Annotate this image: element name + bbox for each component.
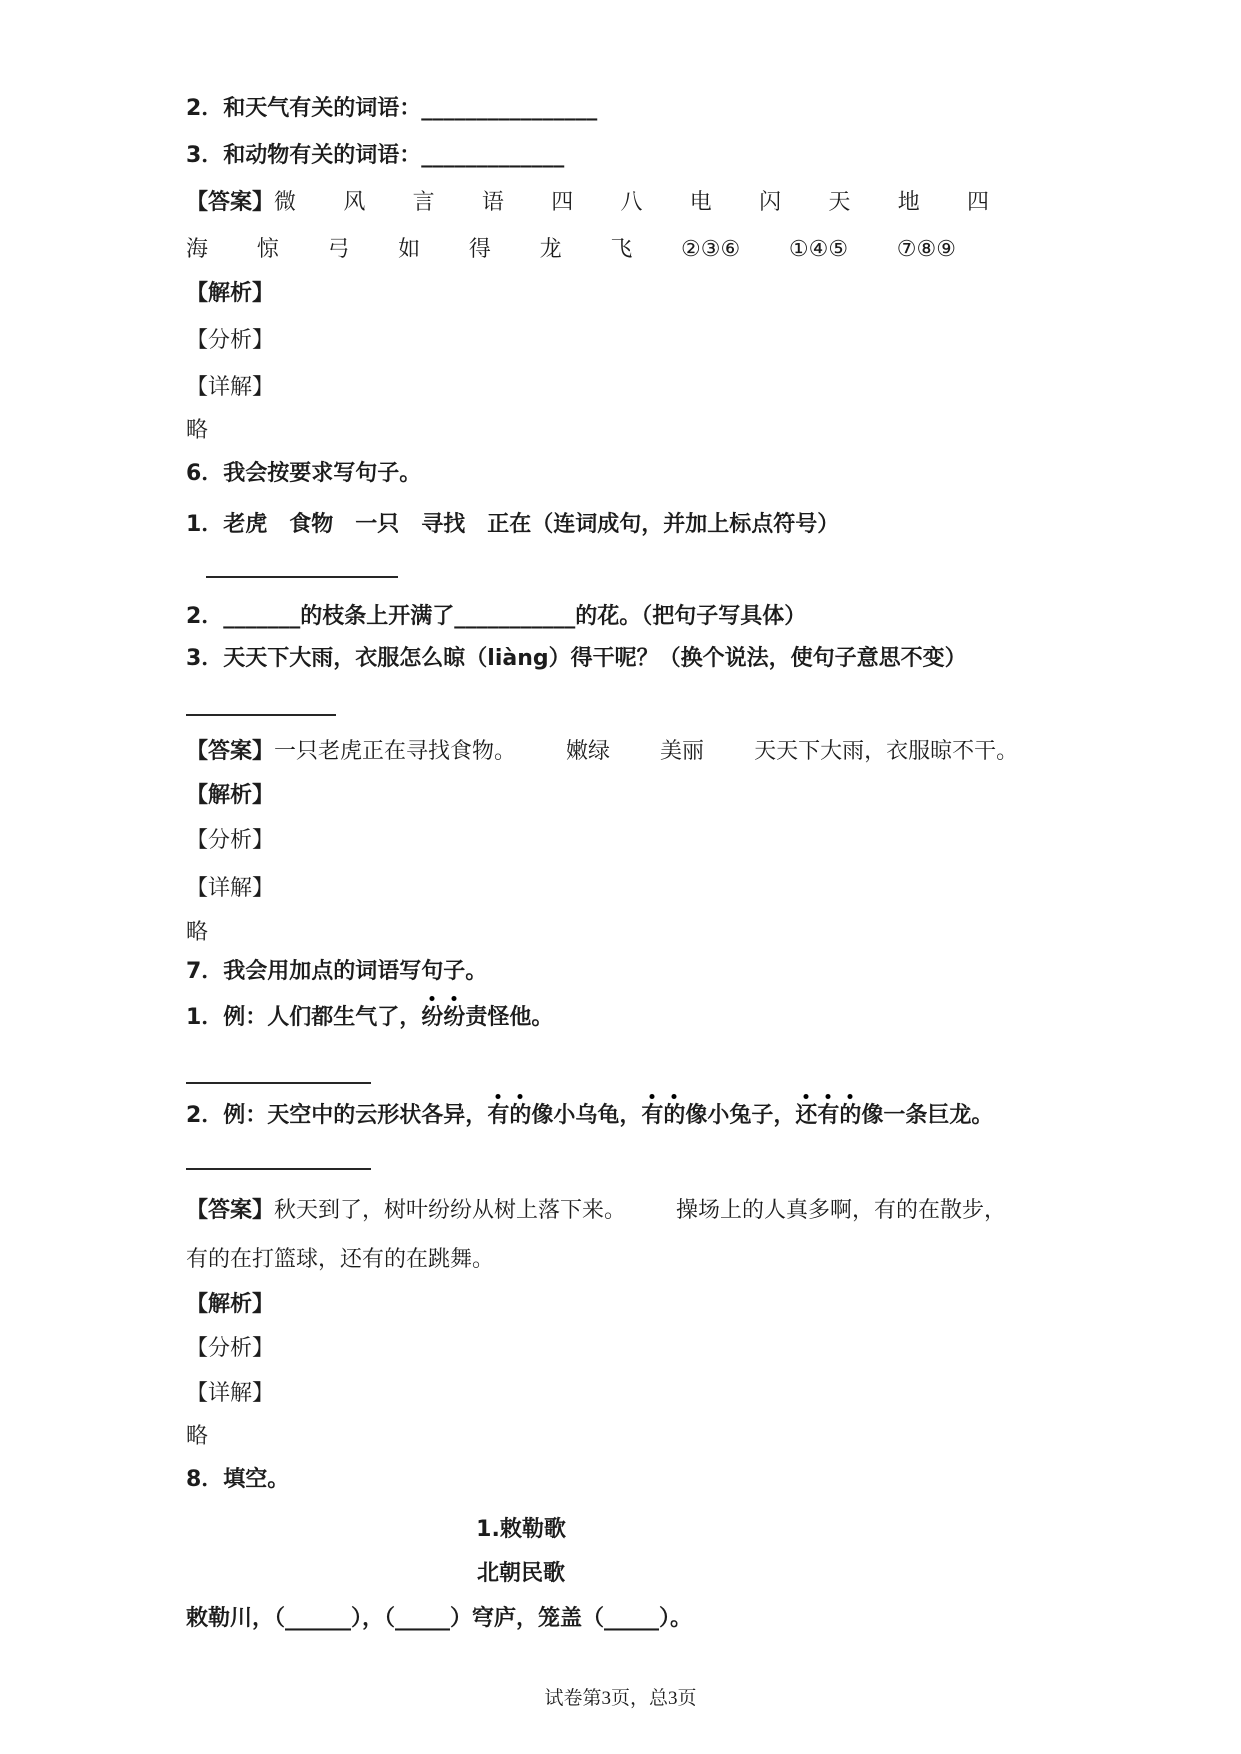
q7-detail-label: 【详解】 bbox=[186, 1379, 274, 1406]
word-item: 四 bbox=[551, 188, 573, 215]
answer-blank-line bbox=[206, 576, 398, 578]
q7-omitted-text: 略 bbox=[186, 1422, 208, 1449]
word-item: 四 bbox=[967, 188, 989, 215]
answer-label: 【答案】 bbox=[186, 190, 274, 215]
word-item: 语 bbox=[482, 188, 504, 215]
q7-breakdown-label: 【分析】 bbox=[186, 1334, 274, 1361]
word-item: 八 bbox=[621, 188, 643, 215]
q7-item1-emphasized-word: 纷纷 bbox=[421, 994, 465, 1030]
q7-item2-mid: 像小乌龟， bbox=[531, 1103, 641, 1128]
word-item: 飞 bbox=[610, 235, 632, 262]
q6-title: 6．我会按要求写句子。 bbox=[186, 460, 421, 487]
q5-omitted-text: 略 bbox=[186, 416, 208, 443]
q5-breakdown-label: 【分析】 bbox=[186, 326, 274, 353]
q5-answer-row-2: 海惊弓如得龙飞②③⑥①④⑤⑦⑧⑨ bbox=[186, 235, 956, 262]
word-item: 海 bbox=[186, 235, 208, 262]
q7-item2-post: 像一条巨龙。 bbox=[861, 1103, 993, 1128]
q6-item-1: 1．老虎 食物 一只 寻找 正在（连词成句，并加上标点符号） bbox=[186, 511, 839, 538]
exam-paper-page: { "page": { "footer_text": "试卷第3页，总3页", … bbox=[0, 0, 1241, 1754]
q5-detail-label: 【详解】 bbox=[186, 373, 274, 400]
word-item: 风 bbox=[343, 188, 365, 215]
q5-analysis-label: 【解析】 bbox=[186, 280, 274, 307]
seg-item: 天天下大雨，衣服晾不干。 bbox=[754, 738, 1018, 763]
q7-item2-pre: 2．例：天空中的云形状各异， bbox=[186, 1103, 487, 1128]
word-item: 得 bbox=[469, 235, 491, 262]
word-item: ①④⑤ bbox=[789, 235, 848, 262]
q7-item2-emphasized-word: 有的 bbox=[641, 1092, 685, 1128]
q6-answer-line: 【答案】一只老虎正在寻找食物。嫩绿美丽天天下大雨，衣服晾不干。 bbox=[186, 737, 1018, 765]
word-item: 微 bbox=[274, 188, 296, 215]
seg-item: 操场上的人真多啊，有的在散步， bbox=[676, 1197, 1006, 1222]
q6-detail-label: 【详解】 bbox=[186, 874, 274, 901]
q5-answer-words-row2: 海惊弓如得龙飞②③⑥①④⑤⑦⑧⑨ bbox=[186, 235, 956, 262]
q7-item1-post: 责怪他。 bbox=[465, 1005, 553, 1030]
q7-title: 7．我会用加点的词语写句子。 bbox=[186, 958, 487, 985]
q8-title: 8．填空。 bbox=[186, 1466, 289, 1493]
q7-answer-line-2: 有的在打篮球，还有的在跳舞。 bbox=[186, 1245, 494, 1272]
q7-item-1: 1．例：人们都生气了，纷纷责怪他。 bbox=[186, 1004, 553, 1031]
word-item: 电 bbox=[690, 188, 712, 215]
q5-weather-words-prompt: 2．和天气有关的词语：________________ bbox=[186, 95, 597, 122]
seg-item: 美丽 bbox=[660, 738, 704, 763]
page-footer: 试卷第3页，总3页 bbox=[0, 1683, 1241, 1710]
q6-answer-segments: 一只老虎正在寻找食物。嫩绿美丽天天下大雨，衣服晾不干。 bbox=[274, 738, 1018, 763]
q7-item1-pre: 1．例：人们都生气了， bbox=[186, 1005, 421, 1030]
q7-analysis-label: 【解析】 bbox=[186, 1291, 274, 1318]
word-item: 地 bbox=[898, 188, 920, 215]
q6-omitted-text: 略 bbox=[186, 918, 208, 945]
word-item: 言 bbox=[413, 188, 435, 215]
q7-item2-emphasized-word: 还有的 bbox=[795, 1092, 861, 1128]
word-item: 天 bbox=[828, 188, 850, 215]
q8-poem-fill-line: 敕勒川，（______），（_____）穹庐，笼盖（_____）。 bbox=[186, 1605, 692, 1632]
q7-item-2: 2．例：天空中的云形状各异，有的像小乌龟，有的像小兔子，还有的像一条巨龙。 bbox=[186, 1102, 993, 1129]
word-item: 龙 bbox=[540, 235, 562, 262]
answer-label: 【答案】 bbox=[186, 739, 274, 764]
word-item: 弓 bbox=[327, 235, 349, 262]
q7-answer-segments: 秋天到了，树叶纷纷从树上落下来。操场上的人真多啊，有的在散步， bbox=[274, 1197, 1006, 1222]
q6-item-2: 2．_______的枝条上开满了___________的花。（把句子写具体） bbox=[186, 603, 806, 630]
q5-answer-words-row1: 微风言语四八电闪天地四 bbox=[274, 188, 989, 215]
q8-poem-source: 北朝民歌 bbox=[186, 1560, 856, 1587]
word-item: 如 bbox=[398, 235, 420, 262]
q6-breakdown-label: 【分析】 bbox=[186, 826, 274, 853]
seg-item: 一只老虎正在寻找食物。 bbox=[274, 738, 516, 763]
answer-label: 【答案】 bbox=[186, 1198, 274, 1223]
q8-poem-title: 1.敕勒歌 bbox=[186, 1516, 856, 1543]
q6-item-3: 3．天天下大雨，衣服怎么晾（liàng）得干呢？（换个说法，使句子意思不变） bbox=[186, 645, 967, 672]
word-item: 惊 bbox=[257, 235, 279, 262]
answer-blank-line bbox=[186, 1082, 371, 1084]
q7-item2-emphasized-word: 有的 bbox=[487, 1092, 531, 1128]
word-item: ⑦⑧⑨ bbox=[897, 235, 956, 262]
answer-blank-line bbox=[186, 714, 336, 716]
seg-item: 嫩绿 bbox=[566, 738, 610, 763]
exam-page-content: 2．和天气有关的词语：________________ 3．和动物有关的词语：_… bbox=[186, 0, 1055, 1754]
word-item: 闪 bbox=[759, 188, 781, 215]
q7-answer-line-1: 【答案】秋天到了，树叶纷纷从树上落下来。操场上的人真多啊，有的在散步， bbox=[186, 1196, 1006, 1224]
q5-animal-words-prompt: 3．和动物有关的词语：_____________ bbox=[186, 142, 564, 169]
seg-item: 秋天到了，树叶纷纷从树上落下来。 bbox=[274, 1197, 626, 1222]
q7-item2-mid: 像小兔子， bbox=[685, 1103, 795, 1128]
q6-analysis-label: 【解析】 bbox=[186, 782, 274, 809]
answer-blank-line bbox=[186, 1168, 371, 1170]
word-item: ②③⑥ bbox=[681, 235, 740, 262]
q5-answer-row-1: 【答案】微风言语四八电闪天地四 bbox=[186, 188, 989, 216]
